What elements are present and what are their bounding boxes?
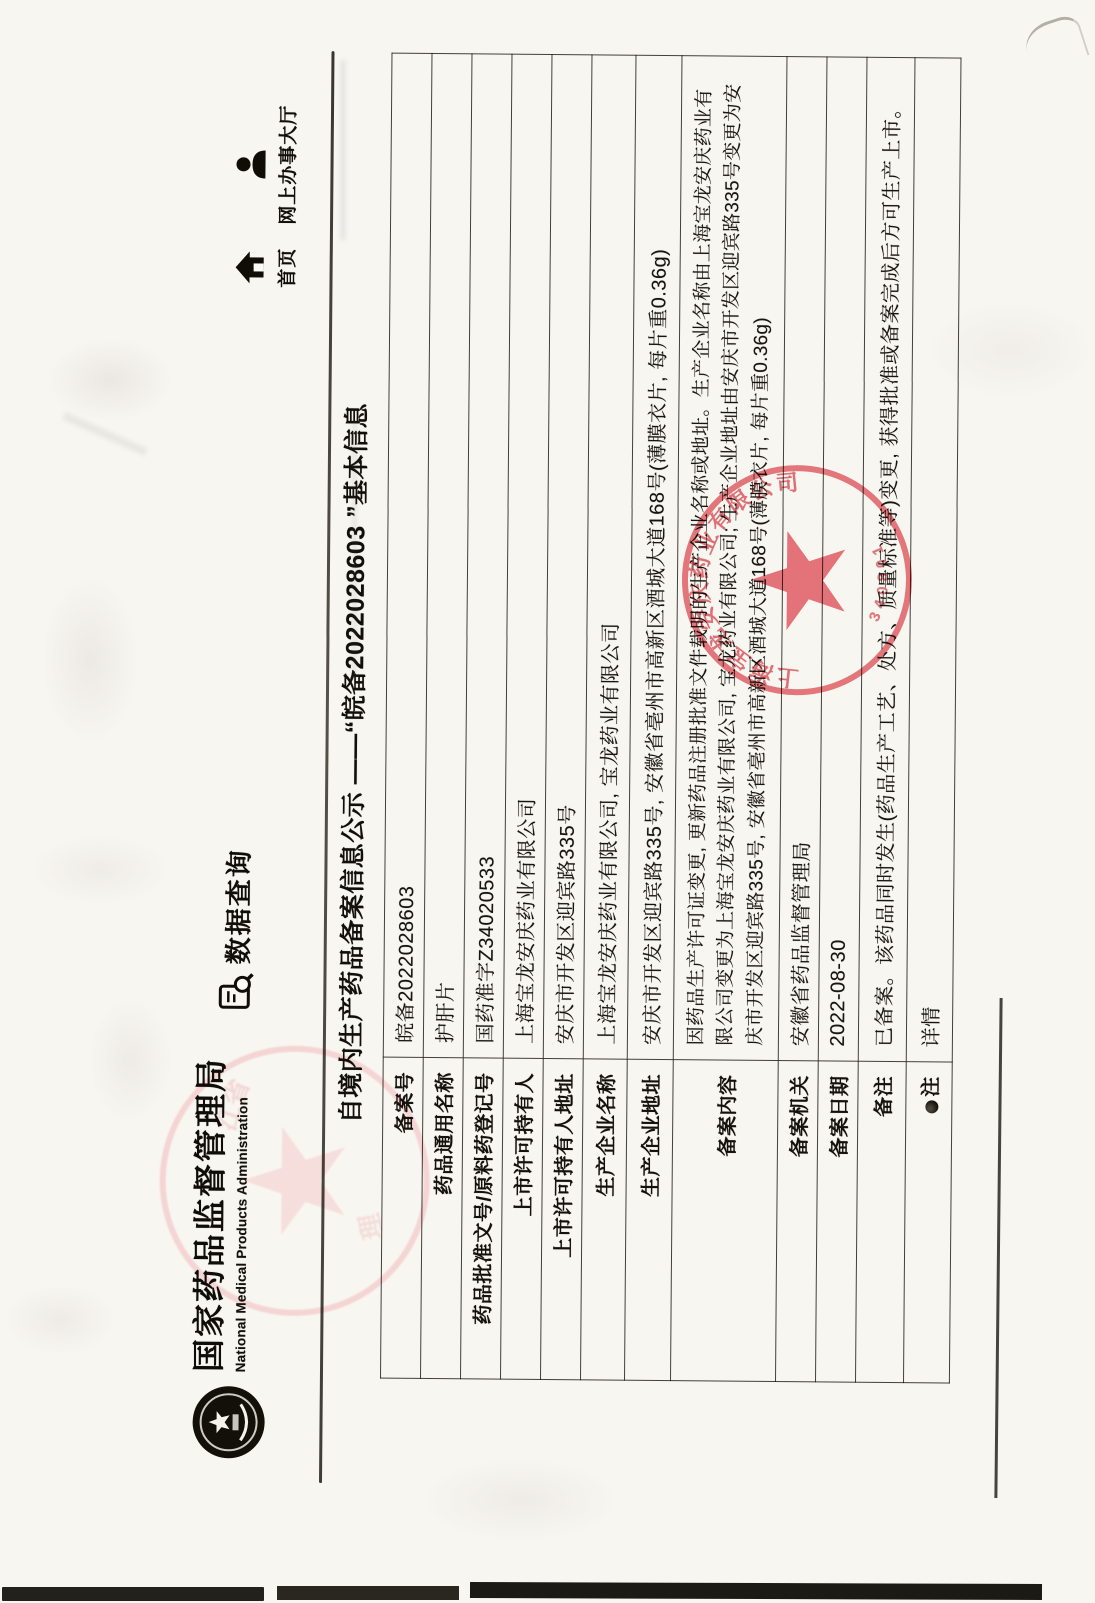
row-label: 备案日期 (816, 1061, 859, 1382)
nav-online-hall-label: 网上办事大厅 (273, 105, 301, 225)
row-label: 备案机关 (776, 1061, 819, 1382)
row-label: 上市许可持有人 (500, 1058, 543, 1379)
home-icon (232, 249, 266, 285)
rotated-content: 国家药品监督管理局 National Medical Products Admi… (0, 0, 1095, 1603)
table-row: 备案内容因药品生产许可证变更, 更新药品注册批准文件载明的生产企业名称或地址。生… (670, 56, 787, 1382)
note-icon (926, 1101, 939, 1114)
company-seal-stamp: 上海宝龙安庆药业有限公司 340801 (664, 447, 930, 713)
svg-text:340801: 340801 (866, 538, 893, 625)
row-label: 上市许可持有人地址 (540, 1058, 583, 1379)
row-label: 备案内容 (670, 1060, 778, 1382)
nav-home-label: 首页 (272, 248, 299, 288)
footnote-label: 注 (904, 1062, 953, 1383)
faint-seal-fragment: 理 (353, 1210, 388, 1242)
faint-seal-stamp: 江省 理 (145, 1032, 444, 1331)
page-content: 国家药品监督管理局 National Medical Products Admi… (0, 0, 1095, 1603)
faint-seal-fragment: 江省 (210, 1075, 255, 1134)
row-label: 药品批准文号/原料药登记号 (460, 1058, 503, 1379)
detail-link[interactable]: 详情 (921, 1006, 943, 1047)
scan-streak (340, 60, 346, 240)
data-query-label: 数据查询 (217, 848, 257, 964)
data-query-icon (217, 972, 255, 1010)
row-label: 生产企业名称 (580, 1059, 627, 1380)
row-label: 备注 (856, 1061, 907, 1382)
scan-streak (352, 420, 357, 680)
scan-bottom-bar (2, 1587, 264, 1601)
nav-online-hall[interactable]: 网上办事大厅 (233, 100, 301, 229)
user-icon (233, 146, 267, 182)
row-label: 生产企业地址 (624, 1059, 673, 1380)
data-query-link[interactable]: 数据查询 (216, 848, 256, 1010)
nmpa-emblem-icon (190, 1384, 267, 1461)
nav-home[interactable]: 首页 (232, 232, 300, 303)
filing-info-table: 备案号皖备2022028603 药品通用名称护肝片 药品批准文号/原料药登记号国… (380, 53, 962, 1384)
seal-serial: 340801 (866, 538, 893, 625)
scanned-page: 国家药品监督管理局 National Medical Products Admi… (0, 0, 1095, 1603)
scan-bottom-bar (277, 1586, 459, 1600)
scan-bottom-bar (470, 1582, 1042, 1600)
